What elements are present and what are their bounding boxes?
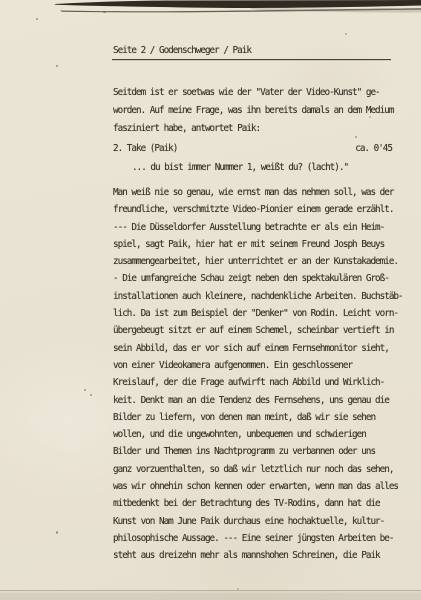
text-line: freundliche, verschmitzte Video-Pionier …: [113, 201, 403, 218]
text-line: steht aus dreizehn mehr als mannshohen S…: [113, 547, 403, 564]
speck: [56, 65, 58, 67]
take-duration: ca. 0'45: [355, 142, 392, 155]
text-line: philosophische Aussage. --- Eine seiner …: [113, 530, 403, 547]
text-line: keit. Denkt man an die Tendenz des Ferns…: [113, 392, 403, 409]
speck: [56, 531, 58, 534]
text-line: Bilder und Themen ins Nachtprogramm zu v…: [113, 443, 403, 460]
text-line: von einer Videokamera aufgenommen. Ein g…: [113, 357, 403, 374]
text-line: fasziniert habe, antwortet Paik:: [113, 120, 393, 138]
text-line: - Die umfangreiche Schau zeigt neben den…: [113, 270, 403, 287]
text-line: worden. Auf meine Frage, was ihn bereits…: [113, 102, 393, 120]
text-line: lich. Da ist zum Beispiel der "Denker" v…: [113, 305, 403, 322]
text-line: übergebeugt sitzt er auf einem Schemel, …: [113, 322, 403, 339]
text-line: mitbedenkt bei der Betrachtung des TV-Ro…: [113, 495, 403, 512]
scanned-page: Seite 2 / Godenschweger / Paik Seitdem i…: [0, 0, 421, 600]
scan-artifact-bottom-edge: [0, 590, 421, 600]
text-line: Man weiß nie so genau, wie ernst man das…: [113, 184, 403, 201]
text-line: Kunst von Nam June Paik durchaus eine ho…: [113, 513, 403, 530]
text-line: spiel, sagt Paik, hier hat er mit seinem…: [113, 236, 403, 253]
text-line: --- Die Düsseldorfer Ausstellung betrach…: [113, 219, 403, 236]
speck: [355, 136, 357, 138]
speck: [103, 11, 106, 13]
speck: [84, 389, 86, 391]
text-line: zusammengearbeitet, hier unterrichtet er…: [113, 253, 403, 270]
text-line: ganz vorzuenthalten, so daß wir letztlic…: [113, 461, 403, 478]
text-line: installationen auch kleinere, nachdenkli…: [113, 288, 403, 305]
speck: [369, 116, 371, 118]
speck: [90, 394, 92, 396]
intro-paragraph: Seitdem ist er soetwas wie der "Vater de…: [113, 84, 393, 138]
page-header-title: Seite 2 / Godenschweger / Paik: [113, 45, 251, 57]
header-underline-rule: [112, 59, 391, 60]
text-line: was wir ohnehin schon kennen oder erwart…: [113, 478, 403, 495]
take-heading-row: 2. Take (Paik) ca. 0'45: [113, 142, 392, 155]
take-label: 2. Take (Paik): [113, 142, 177, 155]
text-line: Seitdem ist er soetwas wie der "Vater de…: [113, 84, 393, 102]
scan-artifact-top-edge: [0, 0, 421, 16]
speck: [345, 33, 347, 35]
speck: [36, 18, 38, 20]
text-line: Bilder zu liefern, von denen man meint, …: [113, 409, 403, 426]
body-paragraph: Man weiß nie so genau, wie ernst man das…: [113, 184, 403, 565]
text-line: wollen, und die ungewohnten, unbequemen …: [113, 426, 403, 443]
text-line: Kreislauf, der die Frage aufwirft nach A…: [113, 374, 403, 391]
text-line: sein Abbild, das er vor sich auf einem F…: [113, 340, 403, 357]
take-quote: ... du bist immer Nummer 1, weißt du? (l…: [132, 161, 348, 174]
